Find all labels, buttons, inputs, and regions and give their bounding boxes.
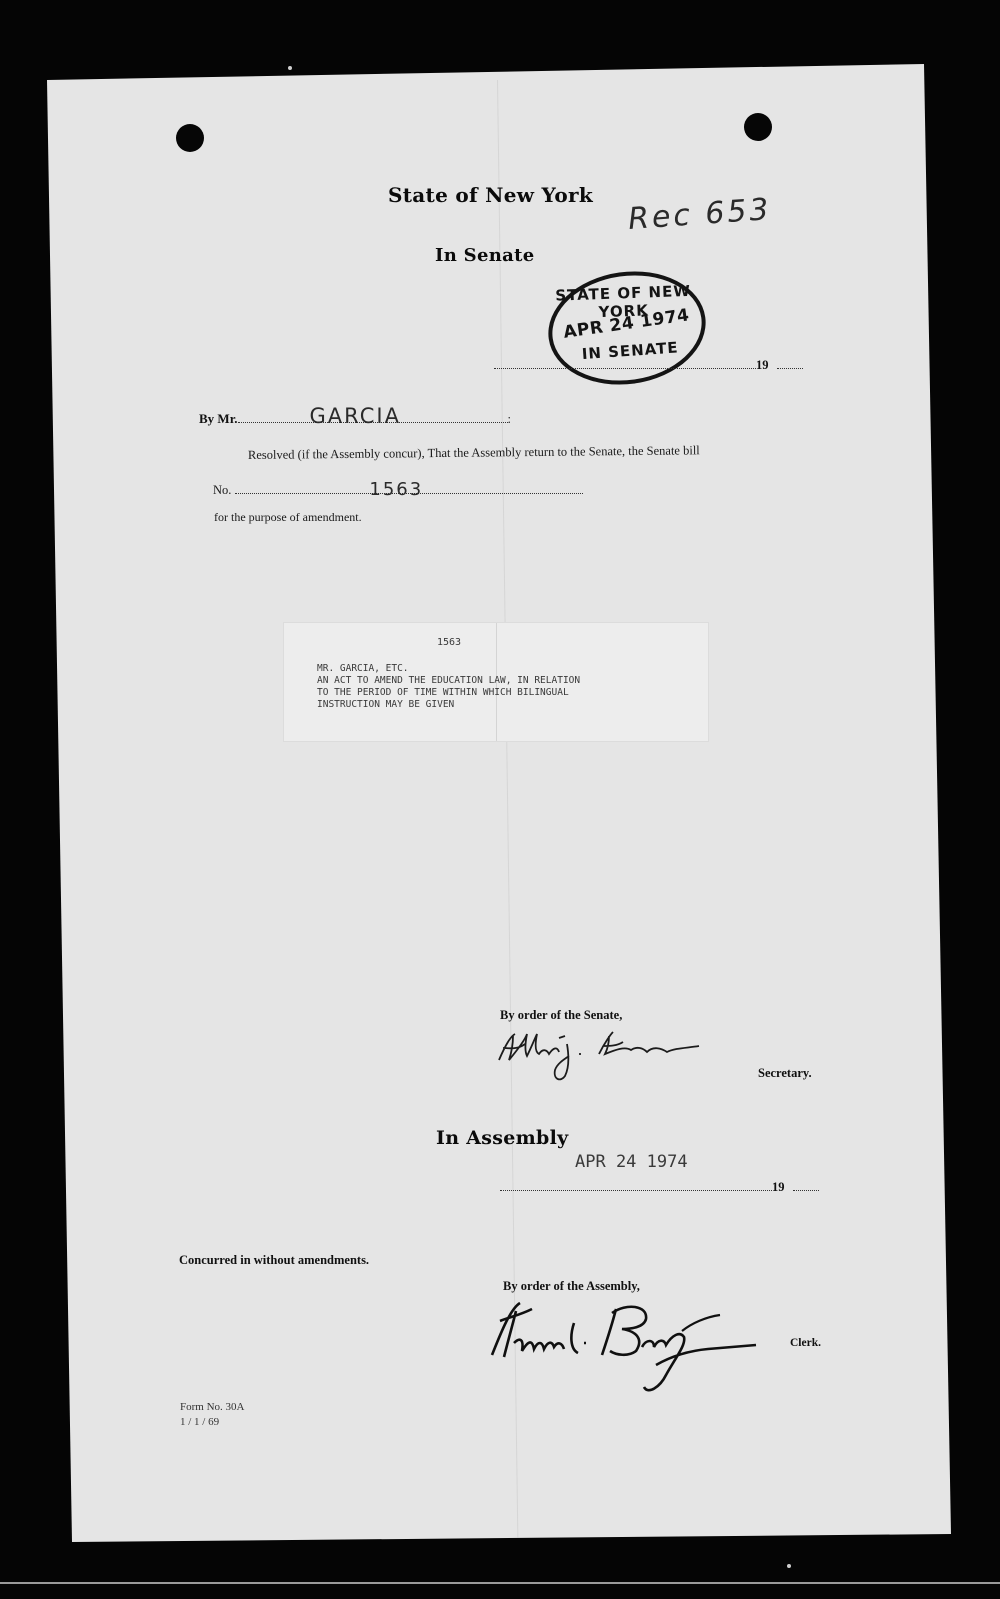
assembly-year-blank [793, 1190, 819, 1191]
year-blank [777, 368, 803, 369]
assembly-date-stamp: APR 24 1974 [575, 1152, 688, 1172]
senate-order-label: By order of the Senate, [500, 1008, 622, 1023]
assembly-date-blank [500, 1190, 772, 1191]
bill-label-slip: 1563 MR. GARCIA, ETC. AN ACT TO AMEND TH… [283, 622, 709, 742]
form-number: Form No. 30A [180, 1401, 244, 1413]
bill-no-label: No. [213, 483, 231, 497]
dust-speck [787, 1564, 791, 1568]
assembly-order-label: By order of the Assembly, [503, 1279, 640, 1294]
assembly-clerk-title: Clerk. [790, 1337, 821, 1349]
handwritten-record-note: Rec 653 [627, 192, 773, 237]
scan-border-line [0, 1582, 1000, 1584]
dust-speck [288, 66, 292, 70]
document-page: State of New York In Senate Rec 653 STAT… [0, 0, 1000, 1599]
year-prefix: 19 [756, 358, 769, 372]
senate-secretary-title: Secretary. [758, 1066, 812, 1081]
sponsor-name-handwritten: GARCIA [310, 404, 401, 428]
purpose-text: for the purpose of amendment. [214, 510, 362, 525]
assembly-date-line: 19 [500, 1178, 819, 1196]
label-line-title-3: INSTRUCTION MAY BE GIVEN [317, 699, 454, 711]
sponsor-label: By Mr. [199, 411, 238, 426]
date-blank [494, 368, 756, 369]
senate-secretary-signature [495, 1026, 705, 1086]
punch-hole-left [176, 124, 204, 152]
state-title: State of New York [388, 183, 593, 207]
resolution-text: Resolved (if the Assembly concur), That … [248, 443, 700, 463]
label-line-sponsor: MR. GARCIA, ETC. [317, 663, 409, 675]
senate-received-stamp: STATE OF NEW YORK APR 24 1974 IN SENATE [541, 262, 713, 395]
label-line-title-2: TO THE PERIOD OF TIME WITHIN WHICH BILIN… [317, 687, 569, 699]
sponsor-line: By Mr.GARCIA: [199, 410, 511, 428]
assembly-year-prefix: 19 [772, 1180, 785, 1194]
bill-no-blank: 1563 [235, 493, 583, 494]
form-date: 1 / 1 / 69 [180, 1416, 219, 1428]
label-bill-number: 1563 [437, 637, 461, 649]
chamber-title: In Senate [435, 245, 534, 266]
concurrence-text: Concurred in without amendments. [179, 1253, 369, 1268]
label-line-title-1: AN ACT TO AMEND THE EDUCATION LAW, IN RE… [317, 675, 580, 687]
sponsor-blank: GARCIA [238, 422, 508, 423]
assembly-heading: In Assembly [436, 1127, 569, 1149]
bill-number-line: No. 1563 [213, 481, 583, 499]
punch-hole-right [744, 113, 772, 141]
assembly-clerk-signature [486, 1295, 766, 1405]
bill-no-handwritten: 1563 [369, 479, 423, 500]
senate-date-line: 19 [494, 356, 803, 374]
sponsor-colon: : [508, 412, 511, 426]
